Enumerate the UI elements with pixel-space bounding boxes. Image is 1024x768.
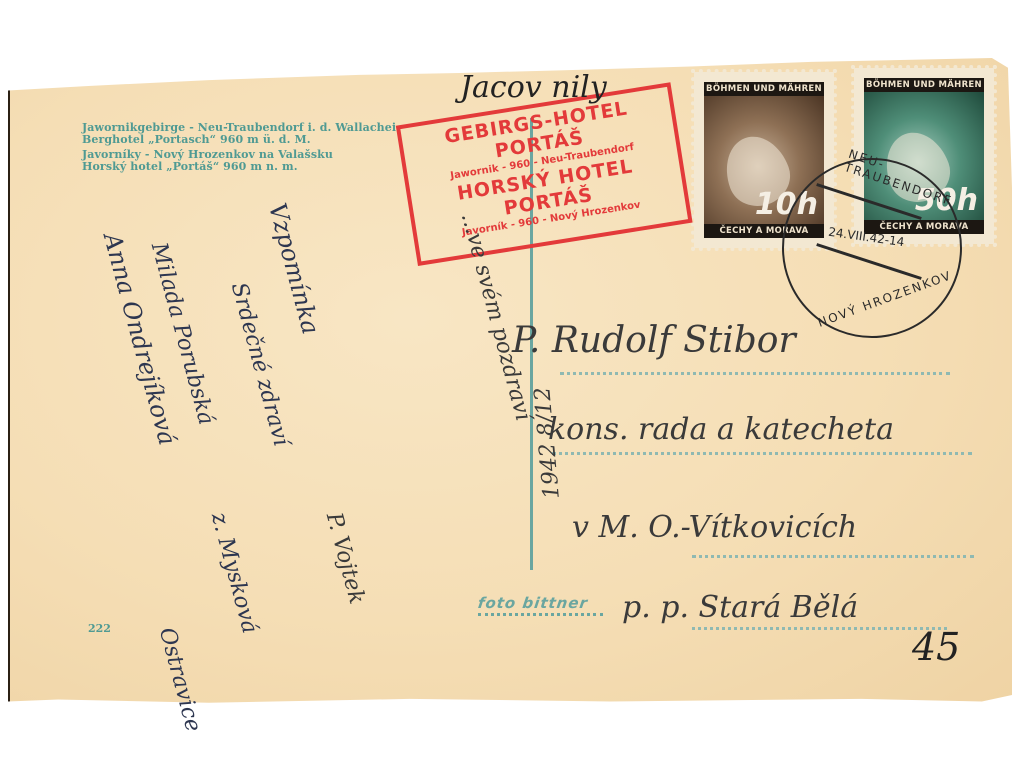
recipient-town: v M. O.-Vítkovicích [572, 510, 857, 545]
imprint-line-cz-2: Horský hotel „Portáš“ 960 m n. m. [82, 161, 396, 173]
postmark-date: 24.VIII.42-14 [827, 225, 905, 250]
card-number: 222 [88, 622, 111, 635]
address-line-4 [692, 627, 947, 630]
recipient-post-office: p. p. Stará Bělá [622, 590, 858, 625]
address-line-2 [552, 452, 972, 455]
handwritten-number: 45 [912, 625, 960, 669]
address-line-3 [692, 555, 974, 558]
recipient-title: kons. rada a katecheta [548, 412, 894, 447]
publisher-imprint: Jawornikgebirge - Neu-Traubendorf i. d. … [82, 122, 396, 173]
stamp-country: BÖHMEN UND MÄHREN [704, 82, 824, 96]
photographer-imprint: foto bittner [477, 594, 590, 612]
postmark: NEU-TRAUBENDORF 24.VIII.42-14 NOVÝ HROZE… [782, 158, 962, 338]
address-line-1 [560, 372, 950, 375]
recipient-name: P. Rudolf Stibor [512, 320, 796, 361]
stamp-country: BÖHMEN UND MÄHREN [864, 78, 984, 92]
photographer-underline [478, 613, 603, 616]
handwritten-top-note: Jacov nily [460, 70, 607, 105]
imprint-line-de-2: Berghotel „Portasch“ 960 m ü. d. M. [82, 134, 396, 146]
